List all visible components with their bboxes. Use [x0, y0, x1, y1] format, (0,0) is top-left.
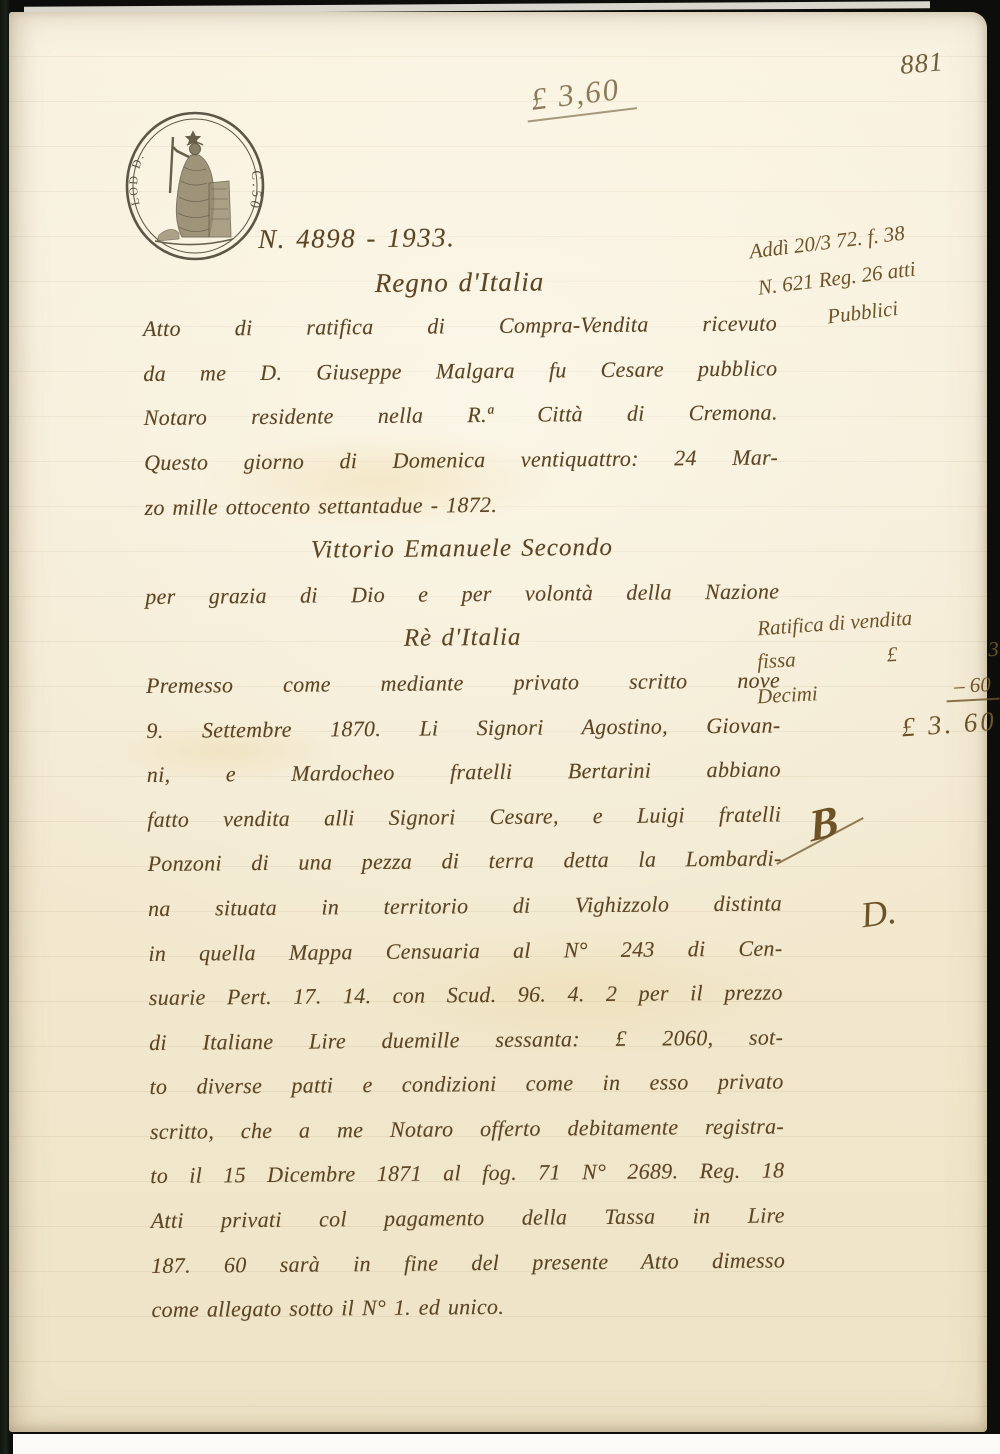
manuscript-line: fatto vendita alli Signori Cesare, e Lui… — [147, 792, 781, 842]
manuscript-line: Ponzoni di una pezza di terra detta la L… — [147, 837, 781, 887]
stamp-left-text: LOD D. — [126, 150, 147, 207]
fee-title: Ratifica di vendita — [756, 600, 999, 642]
manuscript-line: come allegato sotto il N° 1. ed unico. — [151, 1283, 785, 1333]
manuscript-line: Atti privati col pagamento della Tassa i… — [151, 1193, 785, 1243]
document-page: £ 3,60 881 C.50 LOD D. — [9, 12, 987, 1432]
stamp-value-text: C.50 — [245, 170, 264, 213]
manuscript-line: Notaro residente nella R.ª Città di Crem… — [144, 391, 778, 441]
manuscript-line: suarie Pert. 17. 14. con Scud. 96. 4. 2 … — [149, 971, 783, 1021]
manuscript-line: 187. 60 sarà in fine del presente Atto d… — [151, 1238, 785, 1288]
manuscript-line: Rè d'Italia — [146, 614, 780, 664]
registration-margin-note: Addì 20/3 72. f. 38 N. 621 Reg. 26 atti … — [747, 203, 1000, 344]
manuscript-body: N. 4898 - 1933. Regno d'Italia Atto di r… — [142, 212, 786, 1332]
page-number: 881 — [899, 46, 945, 81]
pencil-amount-annotation: £ 3,60 — [523, 69, 637, 122]
notary-paraph: D. — [858, 890, 899, 936]
manuscript-line: N. 4898 - 1933. — [142, 212, 776, 262]
manuscript-line: da me D. Giuseppe Malgara fu Cesare pubb… — [143, 346, 777, 396]
manuscript-line: di Italiane Lire duemille sessanta: £ 20… — [149, 1015, 783, 1065]
manuscript-line: Vittorio Emanuele Secondo — [145, 525, 779, 575]
manuscript-line: Atto di ratifica di Compra-Vendita ricev… — [143, 302, 777, 352]
manuscript-line: Regno d'Italia — [142, 257, 776, 307]
fee-value: – 60 — [945, 672, 999, 703]
manuscript-line: in quella Mappa Censuaria al N° 243 di C… — [148, 926, 782, 976]
manuscript-line: per grazia di Dio e per volontà della Na… — [145, 569, 779, 619]
fee-value: 3 — [988, 637, 1000, 663]
manuscript-line: Premesso come mediante privato scritto n… — [146, 658, 780, 708]
scanbed-strip — [13, 1434, 1000, 1454]
scanner-background: £ 3,60 881 C.50 LOD D. — [0, 0, 1000, 1454]
manuscript-line: to il 15 Dicembre 1871 al fog. 71 N° 268… — [150, 1149, 784, 1199]
manuscript-line: na situata in territorio di Vighizzolo d… — [148, 881, 782, 931]
manuscript-line: Questo giorno di Domenica ventiquattro: … — [144, 435, 778, 485]
fee-row-decimi: Decimi – 60 — [756, 672, 999, 713]
fee-total: £ 3. 60 — [756, 706, 1000, 754]
fee-currency: £ — [886, 642, 898, 668]
manuscript-line: scritto, che a me Notaro offerto debitam… — [150, 1104, 784, 1154]
fee-row-fixed: fissa £ 3 — [757, 637, 1000, 675]
manuscript-line: to diverse patti e condizioni come in es… — [149, 1060, 783, 1110]
fee-margin-note: Ratifica di vendita fissa £ 3 Decimi – 6… — [757, 608, 999, 745]
manuscript-line: zo mille ottocento settantadue - 1872. — [144, 480, 778, 530]
manuscript-line: 9. Settembre 1870. Li Signori Agostino, … — [146, 703, 780, 753]
manuscript-line: ni, e Mardocheo fratelli Bertarini abbia… — [147, 748, 781, 798]
